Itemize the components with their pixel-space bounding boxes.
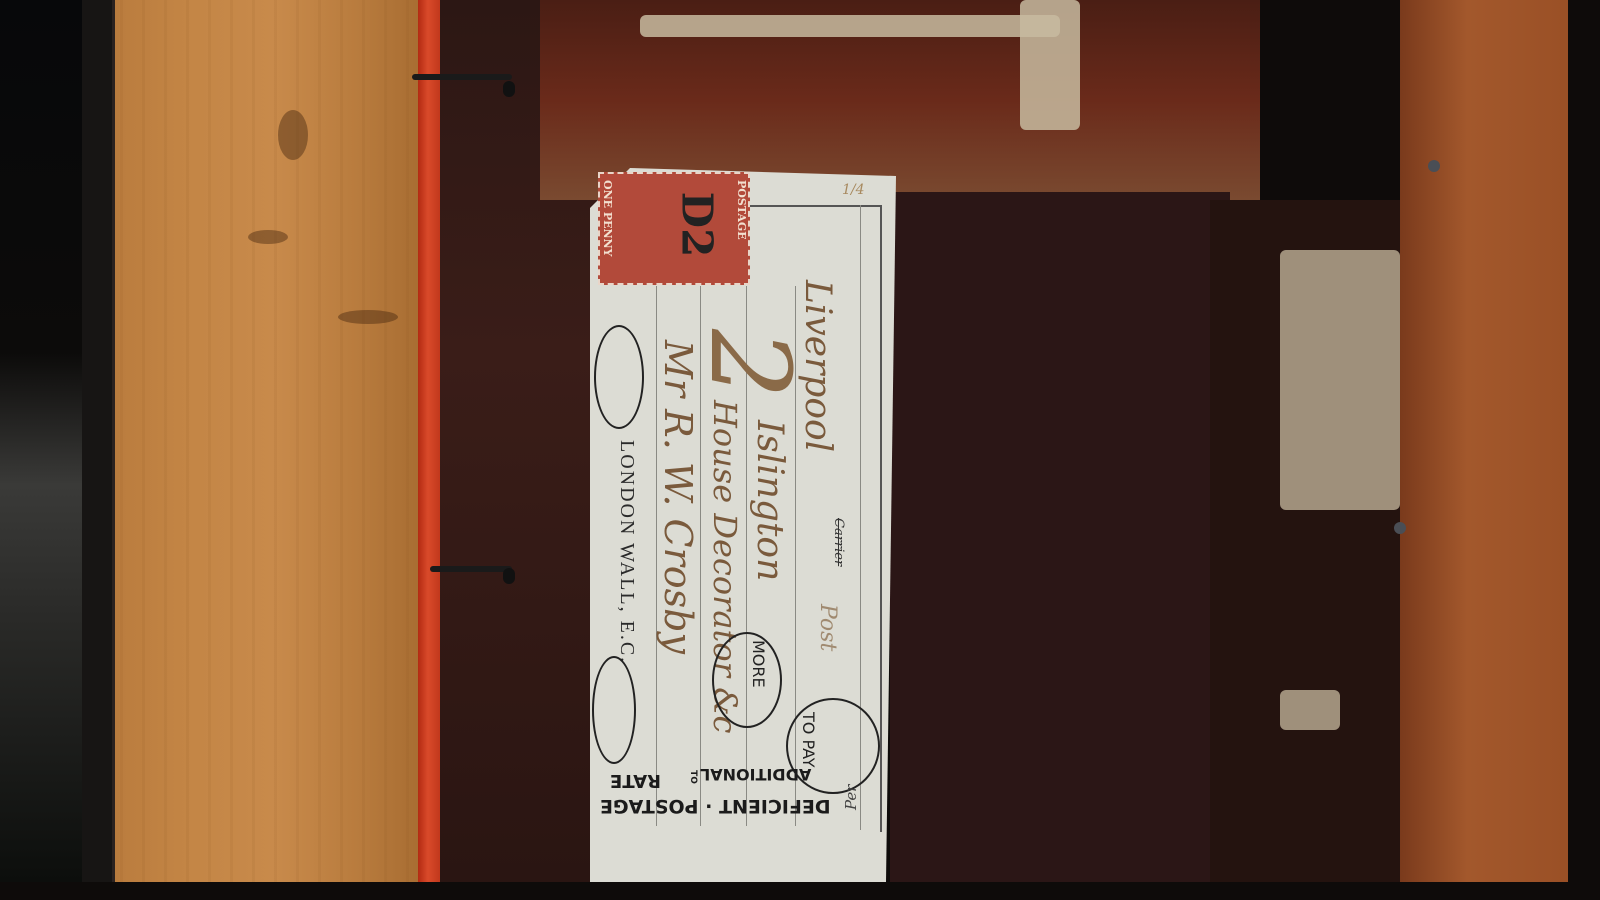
struck-carrier-word: Carrier bbox=[831, 518, 846, 566]
stamp-denomination: ONE PENNY bbox=[601, 180, 614, 256]
stamp-postage-label: POSTAGE bbox=[735, 180, 748, 240]
tack-pin bbox=[1428, 160, 1440, 172]
address-line-3: Islington bbox=[749, 420, 790, 581]
wood-mark bbox=[338, 310, 398, 324]
flaking-paint bbox=[1280, 250, 1400, 510]
stamp-cancel-number: D2 bbox=[672, 192, 721, 258]
large-numeral: 2 bbox=[686, 329, 814, 399]
plaster-patch bbox=[640, 15, 1060, 37]
postmark-to-pay-text: TO PAY bbox=[799, 712, 818, 768]
nail-bottom bbox=[430, 566, 512, 572]
plaster-patch bbox=[1020, 0, 1080, 130]
deficient-postage-line3: RATE bbox=[610, 770, 661, 791]
flaking-paint bbox=[1280, 690, 1340, 730]
postmark-london bbox=[594, 325, 644, 429]
nail-head-bottom bbox=[503, 568, 515, 584]
wood-knot bbox=[278, 110, 308, 160]
corner-note: 1/4 bbox=[842, 182, 865, 198]
dark-inset-panel bbox=[890, 192, 1230, 882]
right-board bbox=[1400, 0, 1568, 882]
charred-edge bbox=[82, 0, 115, 882]
postmark-partial bbox=[592, 656, 636, 764]
red-painted-strip bbox=[418, 0, 440, 882]
printed-header: LONDON WALL, E.C. bbox=[615, 440, 638, 664]
pine-board bbox=[98, 0, 420, 882]
nail-head-top bbox=[503, 81, 515, 97]
decayed-board bbox=[1210, 200, 1410, 882]
nail-top bbox=[412, 74, 512, 80]
tack-pin bbox=[1394, 522, 1406, 534]
per-label: Per bbox=[842, 785, 860, 810]
deficient-postage-line2: ADDITIONAL bbox=[700, 765, 811, 784]
deficient-postage-line1: DEFICIENT · POSTAGE bbox=[600, 795, 831, 817]
wood-mark bbox=[248, 230, 288, 244]
deficient-postage-to: TO bbox=[688, 770, 698, 784]
postmark-more-text: MORE bbox=[749, 640, 768, 688]
postmark-more bbox=[712, 632, 782, 728]
handwritten-post: Post bbox=[815, 604, 840, 651]
